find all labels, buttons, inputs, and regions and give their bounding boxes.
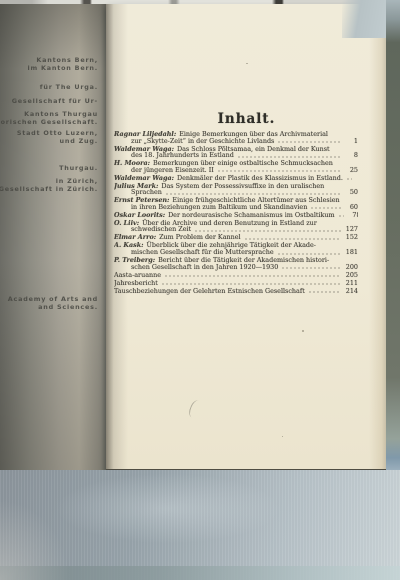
toc-entry: H. Moora:Bemerkungen über einige ostbalt… bbox=[114, 160, 358, 173]
toc-page-number: 1 bbox=[344, 138, 358, 145]
toc-title-text: Jahresbericht bbox=[114, 280, 158, 287]
toc-title-text: des 18. Jahrhunderts in Estland bbox=[131, 152, 234, 159]
dot-leader bbox=[338, 214, 344, 217]
bleed-through-text: Kantons Bern,im Kanton Bern.für The Urga… bbox=[0, 0, 107, 470]
bleed-text-line: Gesellschaft für Ur- bbox=[0, 98, 98, 105]
toc-page-number: 181 bbox=[344, 249, 358, 256]
toc-title-text: Tauschbeziehungen der Gelehrten Estnisch… bbox=[114, 288, 305, 295]
table-of-contents: Ragnar Liljedahl:Einige Bemerkungen über… bbox=[114, 131, 358, 296]
dot-leader bbox=[164, 274, 341, 277]
bleed-text-line: im Kanton Bern. bbox=[0, 65, 98, 72]
page-title: Inhalt. bbox=[106, 112, 387, 127]
toc-title-text: in ihren Beziehungen zum Baltikum und Sk… bbox=[131, 204, 307, 211]
bleed-text-line: Thurgau. bbox=[0, 165, 98, 172]
bleed-text-line: Kantons Thurgau bbox=[0, 111, 98, 118]
toc-entry: Julius Mark:Das System der Possessivsuff… bbox=[114, 183, 358, 196]
dot-leader bbox=[161, 282, 341, 285]
toc-line: in ihren Beziehungen zum Baltikum und Sk… bbox=[114, 204, 358, 211]
toc-line: des 18. Jahrhunderts in Estland8 bbox=[114, 152, 358, 159]
toc-entry: Aasta-aruanne205 bbox=[114, 272, 358, 279]
toc-line: Jahresbericht211 bbox=[114, 280, 358, 287]
dust-speck bbox=[246, 63, 248, 64]
toc-page-number: 214 bbox=[344, 288, 358, 295]
toc-page-number: 45 bbox=[355, 175, 358, 182]
toc-page-number: 50 bbox=[344, 189, 358, 196]
toc-entry: P. Treiberg:Bericht über die Tätigkeit d… bbox=[114, 257, 358, 270]
toc-page-number: 211 bbox=[344, 280, 358, 287]
contents-page: Inhalt. Ragnar Liljedahl:Einige Bemerkun… bbox=[106, 4, 387, 472]
toc-page-number: 205 bbox=[344, 272, 358, 279]
toc-line: Aasta-aruanne205 bbox=[114, 272, 358, 279]
toc-line: Tauschbeziehungen der Gelehrten Estnisch… bbox=[114, 288, 358, 295]
dot-leader bbox=[308, 290, 341, 293]
toc-entry: Ragnar Liljedahl:Einige Bemerkungen über… bbox=[114, 131, 358, 144]
bleed-text-line: Gesellschaft in Zürich. bbox=[0, 186, 98, 193]
toc-page-number: 78 bbox=[347, 212, 358, 219]
toc-title-text: Denkmäler der Plastik des Klassizismus i… bbox=[177, 175, 343, 182]
toc-title-text: Aasta-aruanne bbox=[114, 272, 161, 279]
dot-leader bbox=[237, 155, 341, 158]
left-page-shadow: Kantons Bern,im Kanton Bern.für The Urga… bbox=[0, 4, 107, 472]
toc-page-number: 200 bbox=[344, 264, 358, 271]
dot-leader bbox=[277, 140, 341, 143]
toc-title-text: der jüngeren Eisenzeit. II bbox=[131, 167, 214, 174]
toc-entry: A. Kask:Überblick über die zehnjährige T… bbox=[114, 242, 358, 255]
toc-entry: Waldemar Waga:Das Schloss Põltsamaa, ein… bbox=[114, 146, 358, 159]
toc-line: mischen Gesellschaft für die Muttersprac… bbox=[114, 249, 358, 256]
bleed-text-line: historischen Gesellschaft. bbox=[0, 119, 98, 126]
book-right-edge bbox=[386, 0, 400, 472]
toc-line: zur „Skytte-Zeit“ in der Geschichte Livl… bbox=[114, 138, 358, 145]
toc-line: schen Gesellschaft in den Jahren 1920—19… bbox=[114, 264, 358, 271]
dot-leader bbox=[346, 177, 352, 180]
bleed-text-line: in Zürich, bbox=[0, 178, 98, 185]
toc-entry: Tauschbeziehungen der Gelehrten Estnisch… bbox=[114, 288, 358, 295]
toc-line: Sprachen50 bbox=[114, 189, 358, 196]
toc-author: Waldemar Waga: bbox=[114, 175, 174, 182]
toc-entry: Oskar Loorits:Der nordeurasische Schaman… bbox=[114, 212, 358, 219]
toc-entry: Jahresbericht211 bbox=[114, 280, 358, 287]
bleed-text-line: für The Urga. bbox=[0, 84, 98, 91]
toc-title-text: schen Gesellschaft in den Jahren 1920—19… bbox=[131, 264, 278, 271]
dot-leader bbox=[281, 266, 341, 269]
toc-title-text: Das System der Possessivsuffixe in den u… bbox=[161, 183, 324, 190]
toc-title-text: Der nordeurasische Schamanismus im Ostba… bbox=[168, 212, 334, 219]
toc-title-text: zur „Skytte-Zeit“ in der Geschichte Livl… bbox=[131, 138, 274, 145]
book-photo: Kantons Bern,im Kanton Bern.für The Urga… bbox=[0, 0, 400, 580]
dust-speck bbox=[282, 436, 283, 437]
toc-line: der jüngeren Eisenzeit. II25 bbox=[114, 167, 358, 174]
toc-page-number: 8 bbox=[344, 152, 358, 159]
toc-line: Waldemar Waga:Denkmäler der Plastik des … bbox=[114, 175, 358, 182]
dot-leader bbox=[194, 229, 341, 232]
toc-entry: Waldemar Waga:Denkmäler der Plastik des … bbox=[114, 175, 358, 182]
toc-title-text: Sprachen bbox=[131, 189, 162, 196]
toc-author: Oskar Loorits: bbox=[114, 212, 165, 219]
toc-page-number: 152 bbox=[344, 234, 358, 241]
dot-leader bbox=[165, 192, 341, 195]
toc-page-number: 60 bbox=[344, 204, 358, 211]
bleed-text-line: Stadt Otto Luzern, bbox=[0, 130, 98, 137]
toc-line: Oskar Loorits:Der nordeurasische Schaman… bbox=[114, 212, 358, 219]
bottom-left-light bbox=[0, 500, 70, 580]
toc-title-text: mischen Gesellschaft für die Muttersprac… bbox=[131, 249, 274, 256]
bleed-text-line: Kantons Bern, bbox=[0, 57, 98, 64]
bleed-text-line: Academy of Arts and bbox=[0, 296, 98, 303]
dot-leader bbox=[310, 206, 341, 209]
toc-entry: O. Liiv:Über die Archive und deren Benut… bbox=[114, 220, 358, 233]
bleed-text-line: und Zug. bbox=[0, 138, 98, 145]
dot-leader bbox=[217, 169, 341, 172]
dot-leader bbox=[277, 252, 341, 255]
dust-speck bbox=[302, 330, 304, 332]
toc-entry: Ernst Petersen:Einige frühgeschichtliche… bbox=[114, 197, 358, 210]
bleed-text-line: and Sciences. bbox=[0, 304, 98, 311]
toc-page-number: 25 bbox=[344, 167, 358, 174]
dot-leader bbox=[244, 237, 341, 240]
